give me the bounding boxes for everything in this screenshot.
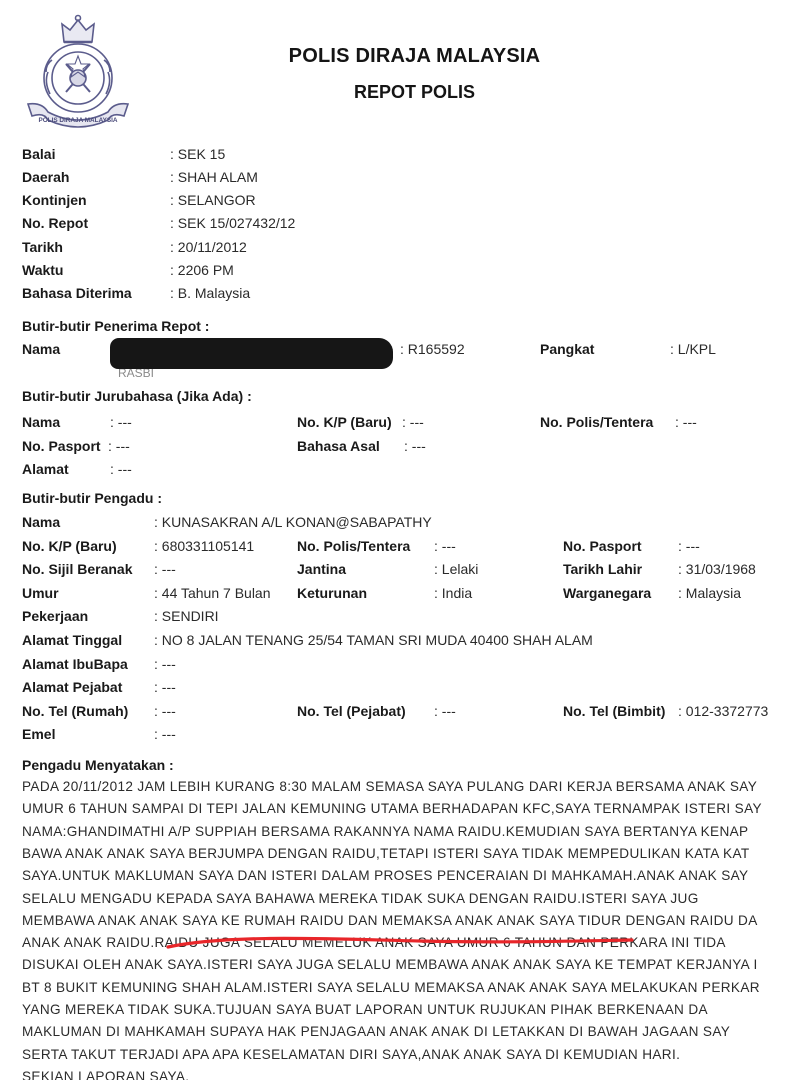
statement-line: BAWA ANAK ANAK SAYA BERJUMPA DENGAN RAID…: [22, 846, 750, 861]
statement-line: SEKIAN LAPORAN SAYA.: [22, 1069, 189, 1080]
section-title-receiver: Butir-butir Penerima Repot :: [22, 318, 209, 334]
statement-line: ANAK ANAK RAIDU.RAIDU JUGA SELALU MEMELU…: [22, 935, 726, 950]
complainant-warganegara-value: : Malaysia: [678, 585, 741, 601]
interpreter-bahasa-label: Bahasa Asal: [297, 438, 380, 454]
complainant-nama-value: : KUNASAKRAN A/L KONAN@SABAPATHY: [154, 514, 432, 530]
complainant-tel-rumah-label: No. Tel (Rumah): [22, 703, 128, 719]
section-title-interpreter: Butir-butir Jurubahasa (Jika Ada) :: [22, 388, 252, 404]
complainant-nama-label: Nama: [22, 514, 60, 530]
complainant-keturunan-label: Keturunan: [297, 585, 367, 601]
complainant-jantina-value: : Lelaki: [434, 561, 478, 577]
complainant-kp-label: No. K/P (Baru): [22, 538, 117, 554]
document-title: POLIS DIRAJA MALAYSIA: [18, 45, 793, 68]
complainant-pejabat-value: : ---: [154, 679, 176, 695]
police-crest-icon: POLIS DIRAJA MALAYSIA: [22, 12, 134, 130]
complainant-keturunan-value: : India: [434, 585, 472, 601]
receiver-id-value: : R165592: [400, 341, 465, 357]
complainant-umur-value: : 44 Tahun 7 Bulan: [154, 585, 271, 601]
complainant-emel-label: Emel: [22, 726, 55, 742]
interpreter-nama-value: : ---: [110, 414, 132, 430]
redaction-block: [110, 338, 393, 369]
statement-line: SAYA.UNTUK MAKLUMAN SAYA DAN ISTERI DALA…: [22, 868, 748, 883]
field-value-no-repot: : SEK 15/027432/12: [170, 215, 295, 231]
interpreter-bahasa-value: : ---: [404, 438, 426, 454]
field-value-waktu: : 2206 PM: [170, 262, 234, 278]
statement-line: SELALU MENGADU KEPADA SAYA BAHAWA MEREKA…: [22, 891, 699, 906]
receiver-rank-value: : L/KPL: [670, 341, 716, 357]
interpreter-pasport-value: : ---: [108, 438, 130, 454]
complainant-tel-pejabat-value: : ---: [434, 703, 456, 719]
complainant-pekerjaan-label: Pekerjaan: [22, 608, 88, 624]
complainant-pejabat-label: Alamat Pejabat: [22, 679, 122, 695]
receiver-rank-label: Pangkat: [540, 341, 594, 357]
complainant-umur-label: Umur: [22, 585, 59, 601]
interpreter-kp-label: No. K/P (Baru): [297, 414, 392, 430]
statement-line: SERTA TAKUT TERJADI APA APA KESELAMATAN …: [22, 1047, 680, 1062]
complainant-sijil-label: No. Sijil Beranak: [22, 561, 132, 577]
statement-line: YANG MEREKA TIDAK SUKA.TUJUAN SAYA BUAT …: [22, 1002, 708, 1017]
complainant-tel-bimbit-label: No. Tel (Bimbit): [563, 703, 665, 719]
complainant-warganegara-label: Warganegara: [563, 585, 651, 601]
field-value-tarikh: : 20/11/2012: [170, 239, 247, 255]
complainant-pasport-value: : ---: [678, 538, 700, 554]
receiver-name-label: Nama: [22, 341, 60, 357]
section-title-complainant: Butir-butir Pengadu :: [22, 490, 162, 506]
interpreter-nama-label: Nama: [22, 414, 60, 430]
complainant-sijil-value: : ---: [154, 561, 176, 577]
complainant-emel-value: : ---: [154, 726, 176, 742]
field-value-daerah: : SHAH ALAM: [170, 169, 258, 185]
complainant-lahir-value: : 31/03/1968: [678, 561, 756, 577]
field-label-bahasa-diterima: Bahasa Diterima: [22, 285, 132, 301]
complainant-tel-bimbit-value: : 012-3372773: [678, 703, 768, 719]
complainant-ibubapa-value: : ---: [154, 656, 176, 672]
field-value-bahasa-diterima: : B. Malaysia: [170, 285, 250, 301]
complainant-tel-rumah-value: : ---: [154, 703, 176, 719]
field-label-tarikh: Tarikh: [22, 239, 63, 255]
crest-banner-text: POLIS DIRAJA MALAYSIA: [38, 117, 117, 124]
section-title-statement: Pengadu Menyatakan :: [22, 757, 174, 773]
field-label-waktu: Waktu: [22, 262, 63, 278]
field-label-daerah: Daerah: [22, 169, 69, 185]
field-label-no-repot: No. Repot: [22, 215, 88, 231]
complainant-pekerjaan-value: : SENDIRI: [154, 608, 219, 624]
complainant-polis-value: : ---: [434, 538, 456, 554]
complainant-tinggal-label: Alamat Tinggal: [22, 632, 122, 648]
field-value-kontinjen: : SELANGOR: [170, 192, 256, 208]
complainant-tinggal-value: : NO 8 JALAN TENANG 25/54 TAMAN SRI MUDA…: [154, 632, 593, 648]
statement-line: DISUKAI OLEH ANAK SAYA.ISTERI SAYA JUGA …: [22, 957, 758, 972]
statement-line: MEMBAWA ANAK ANAK SAYA KE RUMAH RAIDU DA…: [22, 913, 758, 928]
field-value-balai: : SEK 15: [170, 146, 225, 162]
interpreter-polis-label: No. Polis/Tentera: [540, 414, 653, 430]
interpreter-alamat-label: Alamat: [22, 461, 69, 477]
statement-line: UMUR 6 TAHUN SAMPAI DI TEPI JALAN KEMUNI…: [22, 801, 762, 816]
statement-line: BT 8 BUKIT KEMUNING SHAH ALAM.ISTERI SAY…: [22, 980, 760, 995]
complainant-tel-pejabat-label: No. Tel (Pejabat): [297, 703, 406, 719]
complainant-lahir-label: Tarikh Lahir: [563, 561, 642, 577]
interpreter-alamat-value: : ---: [110, 461, 132, 477]
document-subtitle: REPOT POLIS: [18, 82, 793, 103]
statement-line: PADA 20/11/2012 JAM LEBIH KURANG 8:30 MA…: [22, 779, 757, 794]
complainant-jantina-label: Jantina: [297, 561, 346, 577]
interpreter-polis-value: : ---: [675, 414, 697, 430]
statement-line: NAMA:GHANDIMATHI A/P SUPPIAH BERSAMA RAK…: [22, 824, 748, 839]
statement-line: MAKLUMAN DI MAHKAMAH SUPAYA HAK PENJAGAA…: [22, 1024, 730, 1039]
interpreter-kp-value: : ---: [402, 414, 424, 430]
interpreter-pasport-label: No. Pasport: [22, 438, 101, 454]
field-label-balai: Balai: [22, 146, 55, 162]
field-label-kontinjen: Kontinjen: [22, 192, 87, 208]
complainant-kp-value: : 680331105141: [154, 538, 254, 554]
complainant-ibubapa-label: Alamat IbuBapa: [22, 656, 128, 672]
complainant-pasport-label: No. Pasport: [563, 538, 642, 554]
complainant-polis-label: No. Polis/Tentera: [297, 538, 410, 554]
